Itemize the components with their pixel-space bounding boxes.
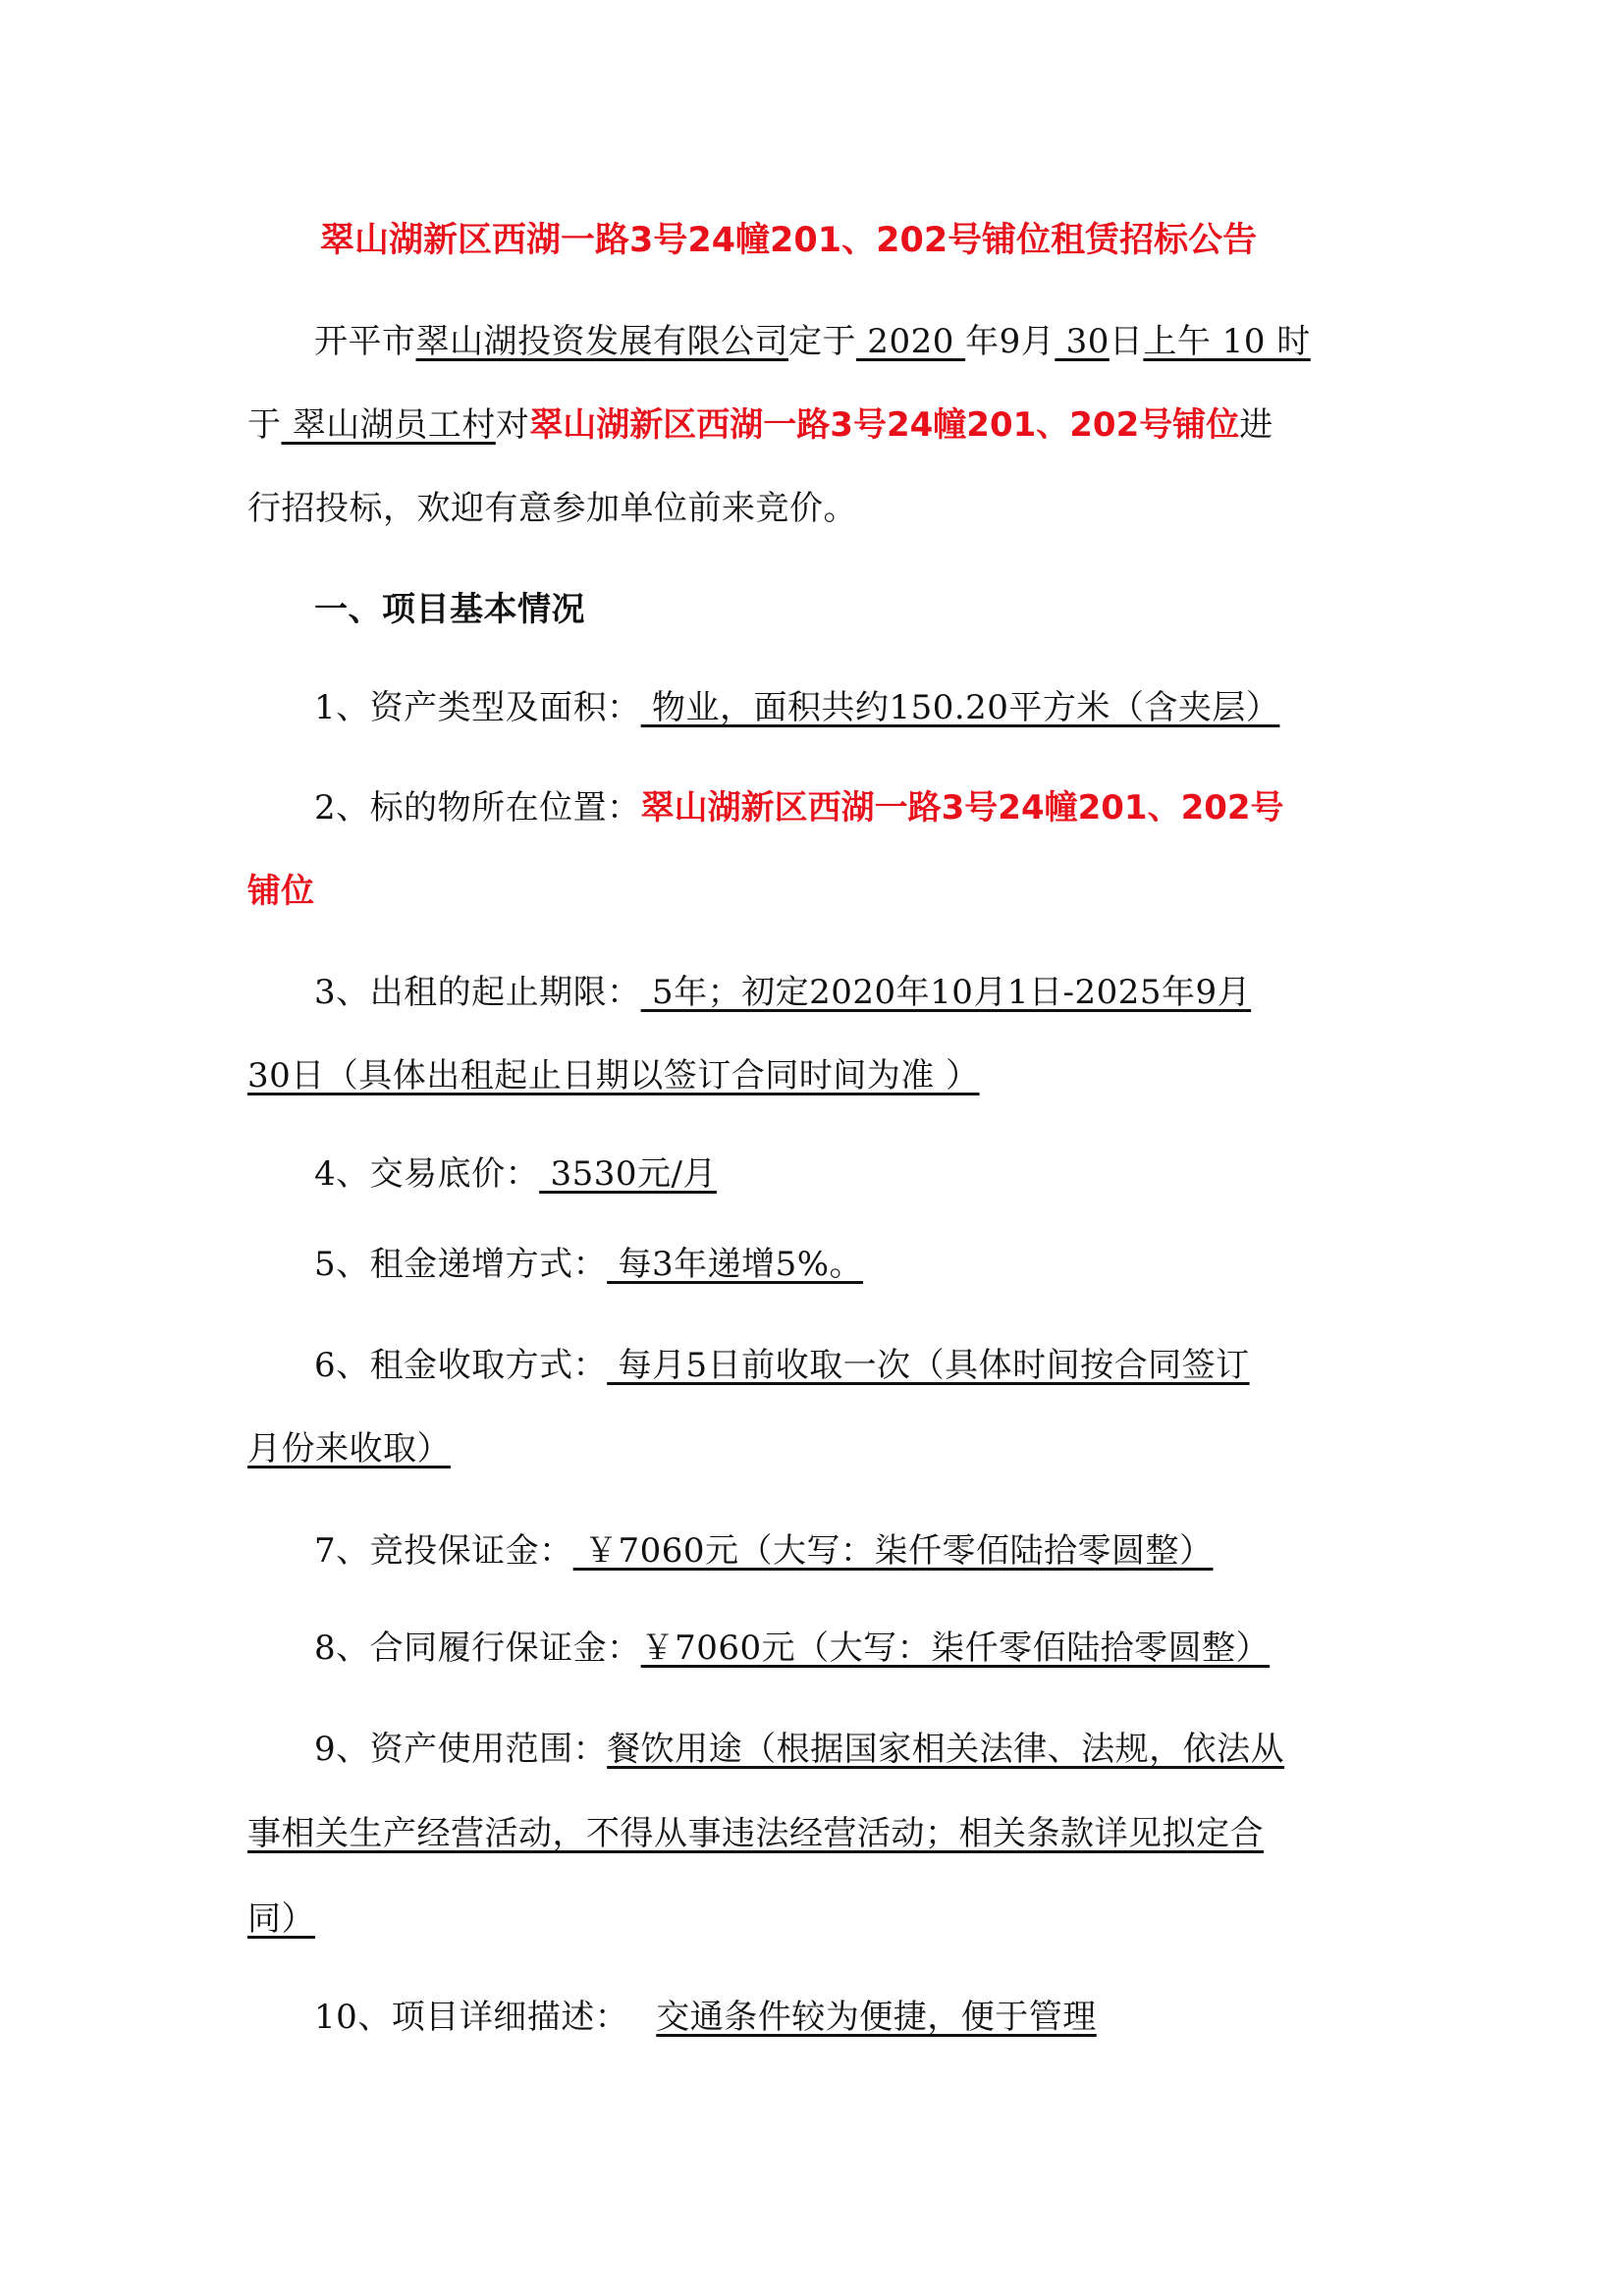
item-value: 每月5日前收取一次（具体时间按合同签订	[607, 1346, 1249, 1385]
item-value-cont: 事相关生产经营活动，不得从事违法经营活动；相关条款详见拟定合	[247, 1814, 1264, 1853]
intro-line-2: 于 翠山湖员工村对翠山湖新区西湖一路3号24幢201、202号铺位进	[247, 405, 1273, 445]
item-3: 3、出租的起止期限： 5年；初定2020年10月1日-2025年9月	[314, 973, 1251, 1012]
item-label: 4、交易底价：	[314, 1154, 539, 1194]
company-name: 翠山湖投资发展有限公司	[416, 322, 789, 361]
item-9-cont-2: 同）	[247, 1899, 315, 1939]
intro-text: 对	[496, 405, 530, 445]
item-2: 2、标的物所在位置：翠山湖新区西湖一路3号24幢201、202号	[314, 788, 1284, 828]
intro-text: 年9月	[965, 322, 1055, 361]
bid-day: 30	[1055, 322, 1110, 361]
item-label: 7、竞投保证金：	[314, 1531, 573, 1571]
item-10: 10、项目详细描述：交通条件较为便捷，便于管理	[314, 1998, 1097, 2037]
intro-text: 进	[1239, 405, 1273, 445]
item-value-cont: 铺位	[247, 872, 314, 911]
item-value: 餐饮用途（根据国家相关法律、法规，依法从	[607, 1730, 1284, 1769]
item-value: 5年；初定2020年10月1日-2025年9月	[641, 973, 1252, 1012]
item-1: 1、资产类型及面积： 物业，面积共约150.20平方米（含夹层）	[314, 688, 1279, 727]
item-2-cont: 铺位	[247, 872, 314, 911]
item-value-cont: 30日（具体出租起止日期以签订合同时间为准 ）	[247, 1056, 980, 1095]
item-9: 9、资产使用范围：餐饮用途（根据国家相关法律、法规，依法从	[314, 1730, 1284, 1769]
intro-text: 开平市	[314, 322, 416, 361]
item-3-cont: 30日（具体出租起止日期以签订合同时间为准 ）	[247, 1056, 980, 1095]
item-label: 5、租金递增方式：	[314, 1245, 607, 1284]
item-value: ￥7060元（大写：柒仟零佰陆拾零圆整）	[641, 1629, 1271, 1668]
bid-target: 翠山湖新区西湖一路3号24幢201、202号铺位	[529, 405, 1239, 445]
item-value-cont: 同）	[247, 1899, 315, 1939]
item-8: 8、合同履行保证金：￥7060元（大写：柒仟零佰陆拾零圆整）	[314, 1629, 1270, 1668]
item-4: 4、交易底价： 3530元/月	[314, 1154, 717, 1194]
item-value: 3530元/月	[539, 1154, 717, 1194]
item-6: 6、租金收取方式： 每月5日前收取一次（具体时间按合同签订	[314, 1346, 1250, 1385]
item-value: 物业，面积共约150.20平方米（含夹层）	[641, 688, 1280, 727]
intro-text: 定于	[788, 322, 856, 361]
intro-text: 于	[247, 405, 282, 445]
bid-place: 翠山湖员工村	[282, 405, 496, 445]
item-value-cont: 月份来收取）	[247, 1429, 451, 1468]
item-value: ￥7060元（大写：柒仟零佰陆拾零圆整）	[573, 1531, 1214, 1571]
item-value: 交通条件较为便捷，便于管理	[656, 1998, 1097, 2037]
item-9-cont: 事相关生产经营活动，不得从事违法经营活动；相关条款详见拟定合	[247, 1814, 1264, 1853]
item-7: 7、竞投保证金： ￥7060元（大写：柒仟零佰陆拾零圆整）	[314, 1531, 1213, 1571]
item-label: 2、标的物所在位置：	[314, 788, 641, 828]
item-label: 1、资产类型及面积：	[314, 688, 641, 727]
bid-time: 上午 10 时	[1143, 322, 1310, 361]
item-label: 8、合同履行保证金：	[314, 1629, 641, 1668]
section-heading: 一、项目基本情况	[314, 590, 585, 629]
item-label: 3、出租的起止期限：	[314, 973, 641, 1012]
item-label: 6、租金收取方式：	[314, 1346, 607, 1385]
item-value: 翠山湖新区西湖一路3号24幢201、202号	[641, 788, 1284, 828]
intro-line-3: 行招投标，欢迎有意参加单位前来竞价。	[247, 489, 857, 528]
item-label: 9、资产使用范围：	[314, 1730, 607, 1769]
item-5: 5、租金递增方式： 每3年递增5%。	[314, 1245, 863, 1284]
item-6-cont: 月份来收取）	[247, 1429, 451, 1468]
item-label: 10、项目详细描述：	[314, 1998, 628, 2037]
page-title: 翠山湖新区西湖一路3号24幢201、202号铺位租赁招标公告	[320, 221, 1257, 260]
intro-text: 日	[1110, 322, 1144, 361]
bid-year: 2020	[856, 322, 965, 361]
intro-line-1: 开平市翠山湖投资发展有限公司定于 2020 年9月 30日上午 10 时	[314, 322, 1311, 361]
item-value: 每3年递增5%。	[607, 1245, 863, 1284]
